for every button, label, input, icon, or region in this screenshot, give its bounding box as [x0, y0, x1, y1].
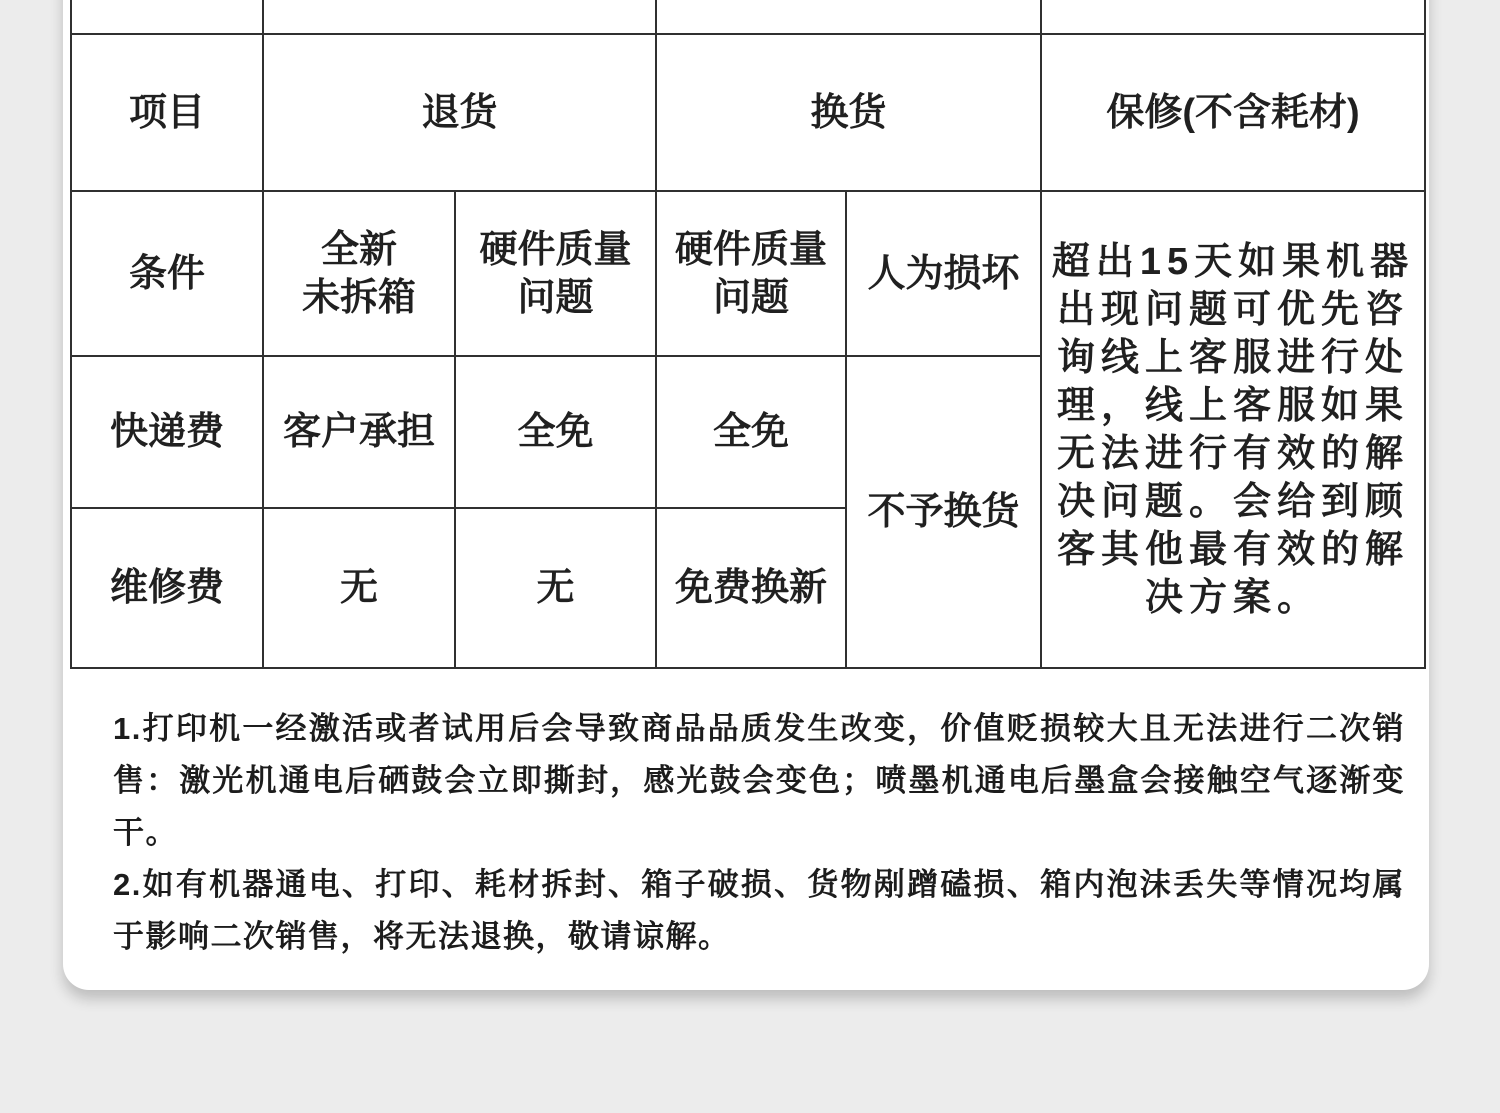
repair-none-return-hw-cell: 无 — [455, 508, 656, 668]
notes-section: 1.打印机一经激活或者试用后会导致商品品质发生改变，价值贬损较大且无法进行二次销… — [113, 703, 1405, 963]
shipping-free-exchange-cell: 全免 — [656, 356, 846, 508]
repair-free-replacement-cell: 免费换新 — [656, 508, 846, 668]
no-exchange-cell: 不予换货 — [846, 356, 1041, 668]
header-row: 项目 退货 换货 保修(不含耗材) — [71, 34, 1425, 191]
shipping-free-return-cell: 全免 — [455, 356, 656, 508]
condition-human-damage-cell: 人为损坏 — [846, 191, 1041, 356]
cut-row-item-cell — [71, 0, 263, 34]
cut-row-exchange-cell — [656, 0, 1041, 34]
repair-label-cell: 维修费 — [71, 508, 263, 668]
condition-return-new-cell: 全新 未拆箱 — [263, 191, 455, 356]
condition-row: 条件 全新 未拆箱 硬件质量 问题 硬件质量 问题 人为损坏 超出15天如果机器… — [71, 191, 1425, 356]
page-background: 项目 退货 换货 保修(不含耗材) 条件 全新 未拆箱 硬件质量 问题 硬件质量… — [0, 0, 1500, 1113]
warranty-note-cell: 超出15天如果机器 出现问题可优先咨 询线上客服进行处 理，线上客服如果 无法进… — [1041, 191, 1425, 668]
header-exchange-cell: 换货 — [656, 34, 1041, 191]
condition-exchange-hw-cell: 硬件质量 问题 — [656, 191, 846, 356]
shipping-customer-pays-cell: 客户承担 — [263, 356, 455, 508]
policy-table: 项目 退货 换货 保修(不含耗材) 条件 全新 未拆箱 硬件质量 问题 硬件质量… — [70, 0, 1426, 669]
note-2: 2.如有机器通电、打印、耗材拆封、箱子破损、货物剐蹭磕损、箱内泡沫丢失等情况均属… — [113, 859, 1405, 963]
condition-return-hw-cell: 硬件质量 问题 — [455, 191, 656, 356]
cut-row-return-cell — [263, 0, 656, 34]
cut-off-top-row — [71, 0, 1425, 34]
shipping-label-cell: 快递费 — [71, 356, 263, 508]
condition-label-cell: 条件 — [71, 191, 263, 356]
header-item-cell: 项目 — [71, 34, 263, 191]
note-1: 1.打印机一经激活或者试用后会导致商品品质发生改变，价值贬损较大且无法进行二次销… — [113, 703, 1405, 859]
header-return-cell: 退货 — [263, 34, 656, 191]
repair-none-return-new-cell: 无 — [263, 508, 455, 668]
header-warranty-cell: 保修(不含耗材) — [1041, 34, 1425, 191]
cut-row-warranty-cell — [1041, 0, 1425, 34]
